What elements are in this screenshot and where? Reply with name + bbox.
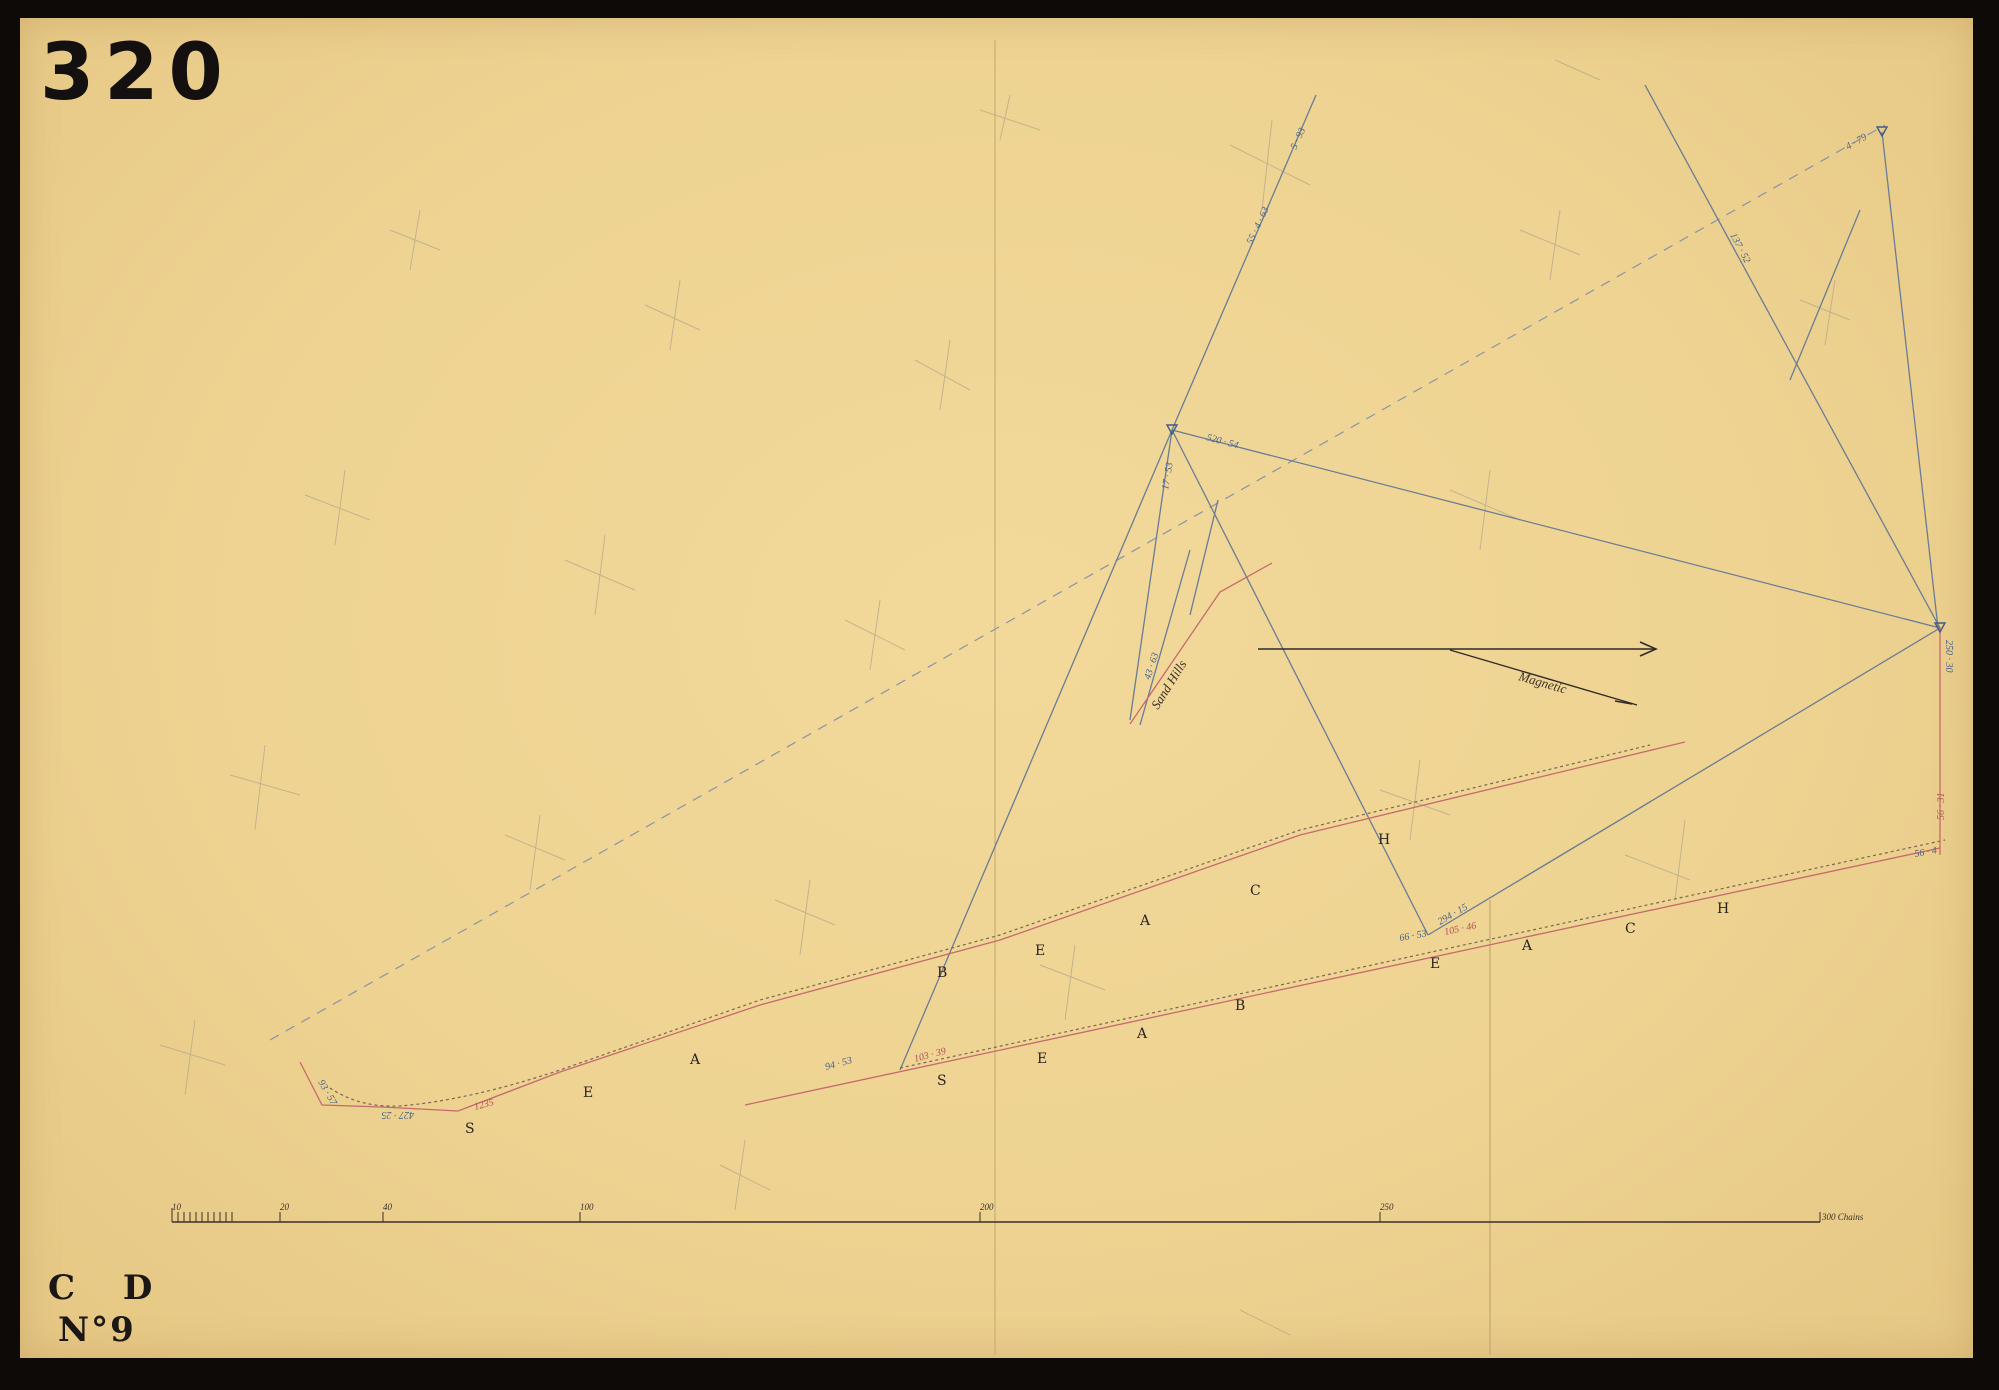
svg-text:A: A — [689, 1052, 701, 1068]
grid-crosses — [160, 60, 1850, 1335]
svg-text:94 · 53: 94 · 53 — [824, 1055, 853, 1073]
svg-text:S: S — [937, 1073, 947, 1089]
svg-text:C: C — [1250, 883, 1261, 899]
svg-text:250 · 30: 250 · 30 — [1943, 640, 1954, 673]
svg-text:93 · 57: 93 · 57 — [315, 1078, 339, 1108]
svg-text:H: H — [1378, 832, 1390, 848]
triangle-station-icon — [1877, 127, 1887, 136]
beach-label-lower: S E A B E A C H — [937, 901, 1729, 1089]
svg-text:200: 200 — [980, 1202, 994, 1212]
svg-text:5 · 93: 5 · 93 — [1289, 126, 1308, 151]
beach-label-upper: B E A C H — [937, 832, 1390, 981]
svg-text:E: E — [1037, 1051, 1047, 1067]
svg-text:C: C — [1625, 921, 1636, 937]
svg-text:E: E — [1430, 956, 1440, 972]
magnetic-label: Magnetic — [1516, 668, 1569, 696]
upper-coastline — [300, 742, 1685, 1111]
svg-text:20: 20 — [280, 1202, 290, 1212]
svg-text:55 · 4 · 63: 55 · 4 · 63 — [1245, 205, 1272, 246]
svg-text:B: B — [937, 965, 947, 981]
svg-text:4 · 79: 4 · 79 — [1844, 132, 1869, 153]
svg-text:E: E — [1035, 943, 1045, 959]
svg-text:17 · 53: 17 · 53 — [1160, 462, 1176, 491]
svg-text:A: A — [1521, 938, 1533, 954]
lower-coastline — [745, 848, 1940, 1105]
svg-text:E: E — [583, 1085, 593, 1101]
svg-text:B: B — [1235, 998, 1245, 1014]
triangulation-lines — [900, 85, 1940, 1070]
svg-text:520 · 54: 520 · 54 — [1205, 432, 1239, 451]
lower-high-water-line — [900, 840, 1945, 1068]
scale-bar: 10 20 40 100 200 250 300 Chains — [172, 1202, 1864, 1222]
svg-text:H: H — [1717, 901, 1729, 917]
svg-text:43 · 63: 43 · 63 — [1142, 651, 1161, 681]
svg-text:56 · 4: 56 · 4 — [1914, 845, 1938, 860]
traverse-dashed-line — [270, 125, 1885, 1040]
svg-text:A: A — [1139, 913, 1151, 929]
svg-text:427 · 25: 427 · 25 — [382, 1109, 415, 1120]
svg-text:100: 100 — [580, 1202, 594, 1212]
svg-text:40: 40 — [383, 1202, 393, 1212]
svg-text:S: S — [465, 1121, 475, 1137]
svg-text:300 Chains: 300 Chains — [1821, 1212, 1864, 1222]
svg-text:56 · 31: 56 · 31 — [1936, 793, 1947, 821]
svg-text:250: 250 — [1380, 1202, 1394, 1212]
svg-text:A: A — [1136, 1026, 1148, 1042]
svg-text:66 · 53: 66 · 53 — [1399, 928, 1428, 944]
svg-text:10: 10 — [172, 1202, 182, 1212]
station-markers — [1167, 127, 1945, 632]
svg-text:1235: 1235 — [473, 1097, 495, 1113]
survey-drawing: B E A C H S E A S E A B E A C H Sand Hil… — [0, 0, 1999, 1390]
